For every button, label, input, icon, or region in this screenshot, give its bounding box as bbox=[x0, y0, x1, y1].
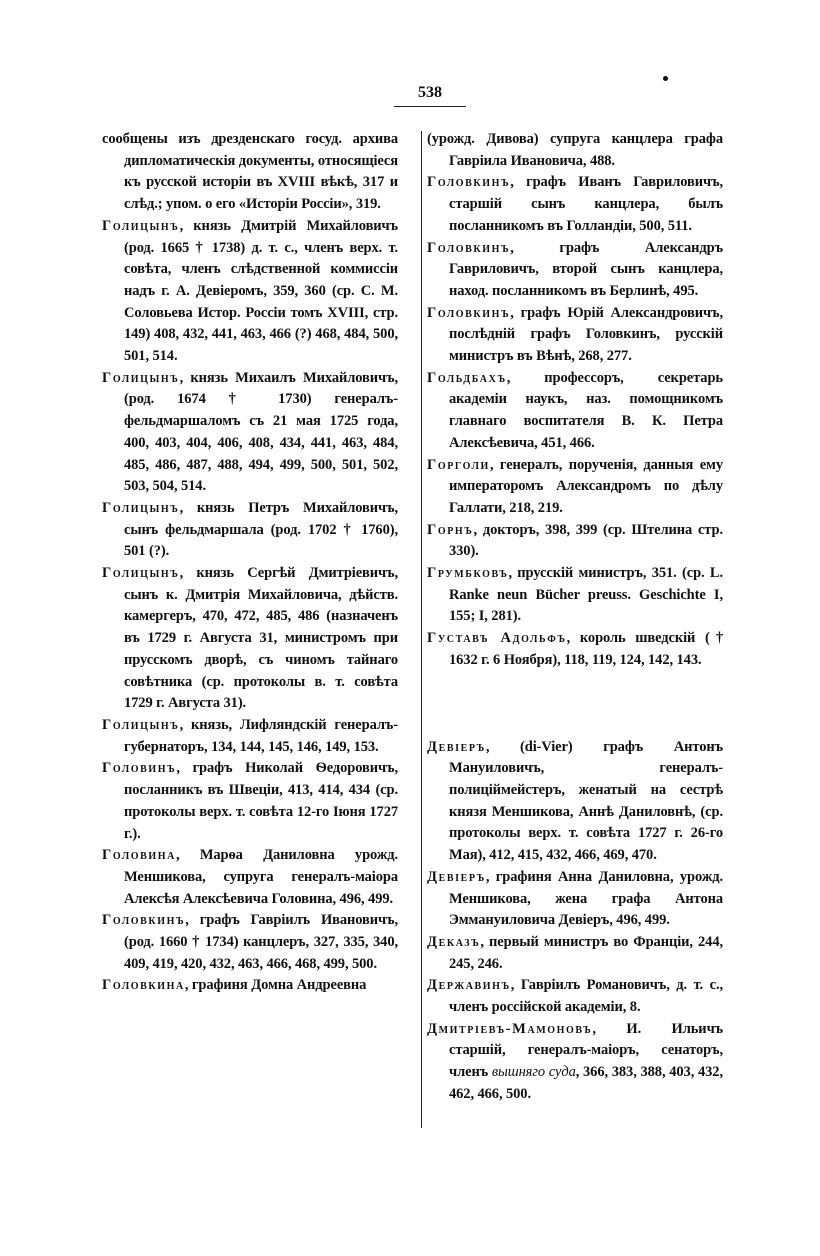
entry-headword: Голицынъ bbox=[102, 500, 180, 516]
entry-headword: Головина bbox=[102, 847, 176, 863]
index-entry: Державинъ, Гавріилъ Романовичъ, д. т. с.… bbox=[427, 975, 723, 1018]
entry-headword: Горголи bbox=[427, 457, 490, 473]
page-number: 538 bbox=[398, 84, 462, 102]
index-entry: Дмитріевъ-Мамоновъ, И. Ильичъ старшій, г… bbox=[427, 1019, 723, 1106]
entry-headword: Горнъ bbox=[427, 522, 474, 538]
entry-headword: Головкинъ bbox=[427, 174, 510, 190]
index-entry: (урожд. Дивова) супруга канцлера графа Г… bbox=[427, 129, 723, 172]
entry-headword: Головинъ bbox=[102, 760, 176, 776]
index-entry: Деказъ, первый министръ во Франціи, 244,… bbox=[427, 932, 723, 975]
entry-headword: Густавъ Адольфъ bbox=[427, 630, 567, 646]
index-entry: Девіеръ, графиня Анна Даниловна, урожд. … bbox=[427, 867, 723, 932]
index-entry: Голицынъ, князь Петръ Михайловичъ, сынъ … bbox=[102, 498, 398, 563]
index-entry: Головкинъ, графъ Юрій Александровичъ, по… bbox=[427, 303, 723, 368]
entry-headword: Дмитріевъ-Мамоновъ bbox=[427, 1021, 592, 1037]
entry-headword: Голицынъ bbox=[102, 717, 180, 733]
entry-headword: Девіеръ bbox=[427, 739, 486, 755]
entry-headword: Голицынъ bbox=[102, 565, 180, 581]
entry-headword: Деказъ bbox=[427, 934, 480, 950]
index-entry: Девіеръ, (di-Vier) графъ Антонъ Мануилов… bbox=[427, 737, 723, 867]
index-entry: Горнъ, докторъ, 398, 399 (ср. Штелина ст… bbox=[427, 520, 723, 563]
page-number-rule bbox=[394, 106, 466, 107]
index-entry: Головкинъ, графъ Иванъ Гавриловичъ, стар… bbox=[427, 172, 723, 237]
right-column: (урожд. Дивова) супруга канцлера графа Г… bbox=[427, 129, 723, 1106]
entry-headword: Девіеръ bbox=[427, 869, 486, 885]
index-entry: Голицынъ, князь Михаилъ Михайловичъ, (ро… bbox=[102, 368, 398, 498]
stray-dot bbox=[663, 76, 668, 81]
index-entry: Головкинъ, графъ Александръ Гавриловичъ,… bbox=[427, 238, 723, 303]
index-entry: Головинъ, графъ Николай Ѳедоровичъ, посл… bbox=[102, 758, 398, 845]
entry-headword: Головкинъ bbox=[427, 240, 510, 256]
index-entry: Головина, Марѳа Даниловна урожд. Меншико… bbox=[102, 845, 398, 910]
entry-headword: Державинъ bbox=[427, 977, 511, 993]
index-entry: Голицынъ, князь, Лифляндскій генералъ-гу… bbox=[102, 715, 398, 758]
entry-headword: Голицынъ bbox=[102, 370, 180, 386]
entry-headword: Головкинъ bbox=[102, 912, 185, 928]
index-entry: Голицынъ, князь Сергѣй Дмитріевичъ, сынъ… bbox=[102, 563, 398, 715]
index-entry: Густавъ Адольфъ, король шведскій († 1632… bbox=[427, 628, 723, 671]
column-divider bbox=[421, 131, 422, 1128]
index-entry: Грумбковъ, прусскій министръ, 351. (ср. … bbox=[427, 563, 723, 628]
index-entry: Горголи, генералъ, порученія, данныя ему… bbox=[427, 455, 723, 520]
index-entry: Головкинъ, графъ Гавріилъ Ивановичъ, (ро… bbox=[102, 910, 398, 975]
entry-headword: Грумбковъ bbox=[427, 565, 508, 581]
entry-headword: Головкинъ bbox=[427, 305, 510, 321]
entry-headword: Голицынъ bbox=[102, 218, 180, 234]
entry-headword: Головкина bbox=[102, 977, 185, 993]
index-entry: Голицынъ, князь Дмитрій Михайловичъ (род… bbox=[102, 216, 398, 368]
section-gap bbox=[427, 672, 723, 737]
italic-phrase: вышняго суда bbox=[492, 1064, 576, 1080]
index-entry: Гольдбахъ, профессоръ, секретарь академі… bbox=[427, 368, 723, 455]
index-entry: Головкина, графиня Домна Андреевна bbox=[102, 975, 398, 997]
left-column: сообщены изъ дрезденскаго госуд. архива … bbox=[102, 129, 398, 997]
entry-headword: Гольдбахъ bbox=[427, 370, 507, 386]
index-entry: сообщены изъ дрезденскаго госуд. архива … bbox=[102, 129, 398, 216]
